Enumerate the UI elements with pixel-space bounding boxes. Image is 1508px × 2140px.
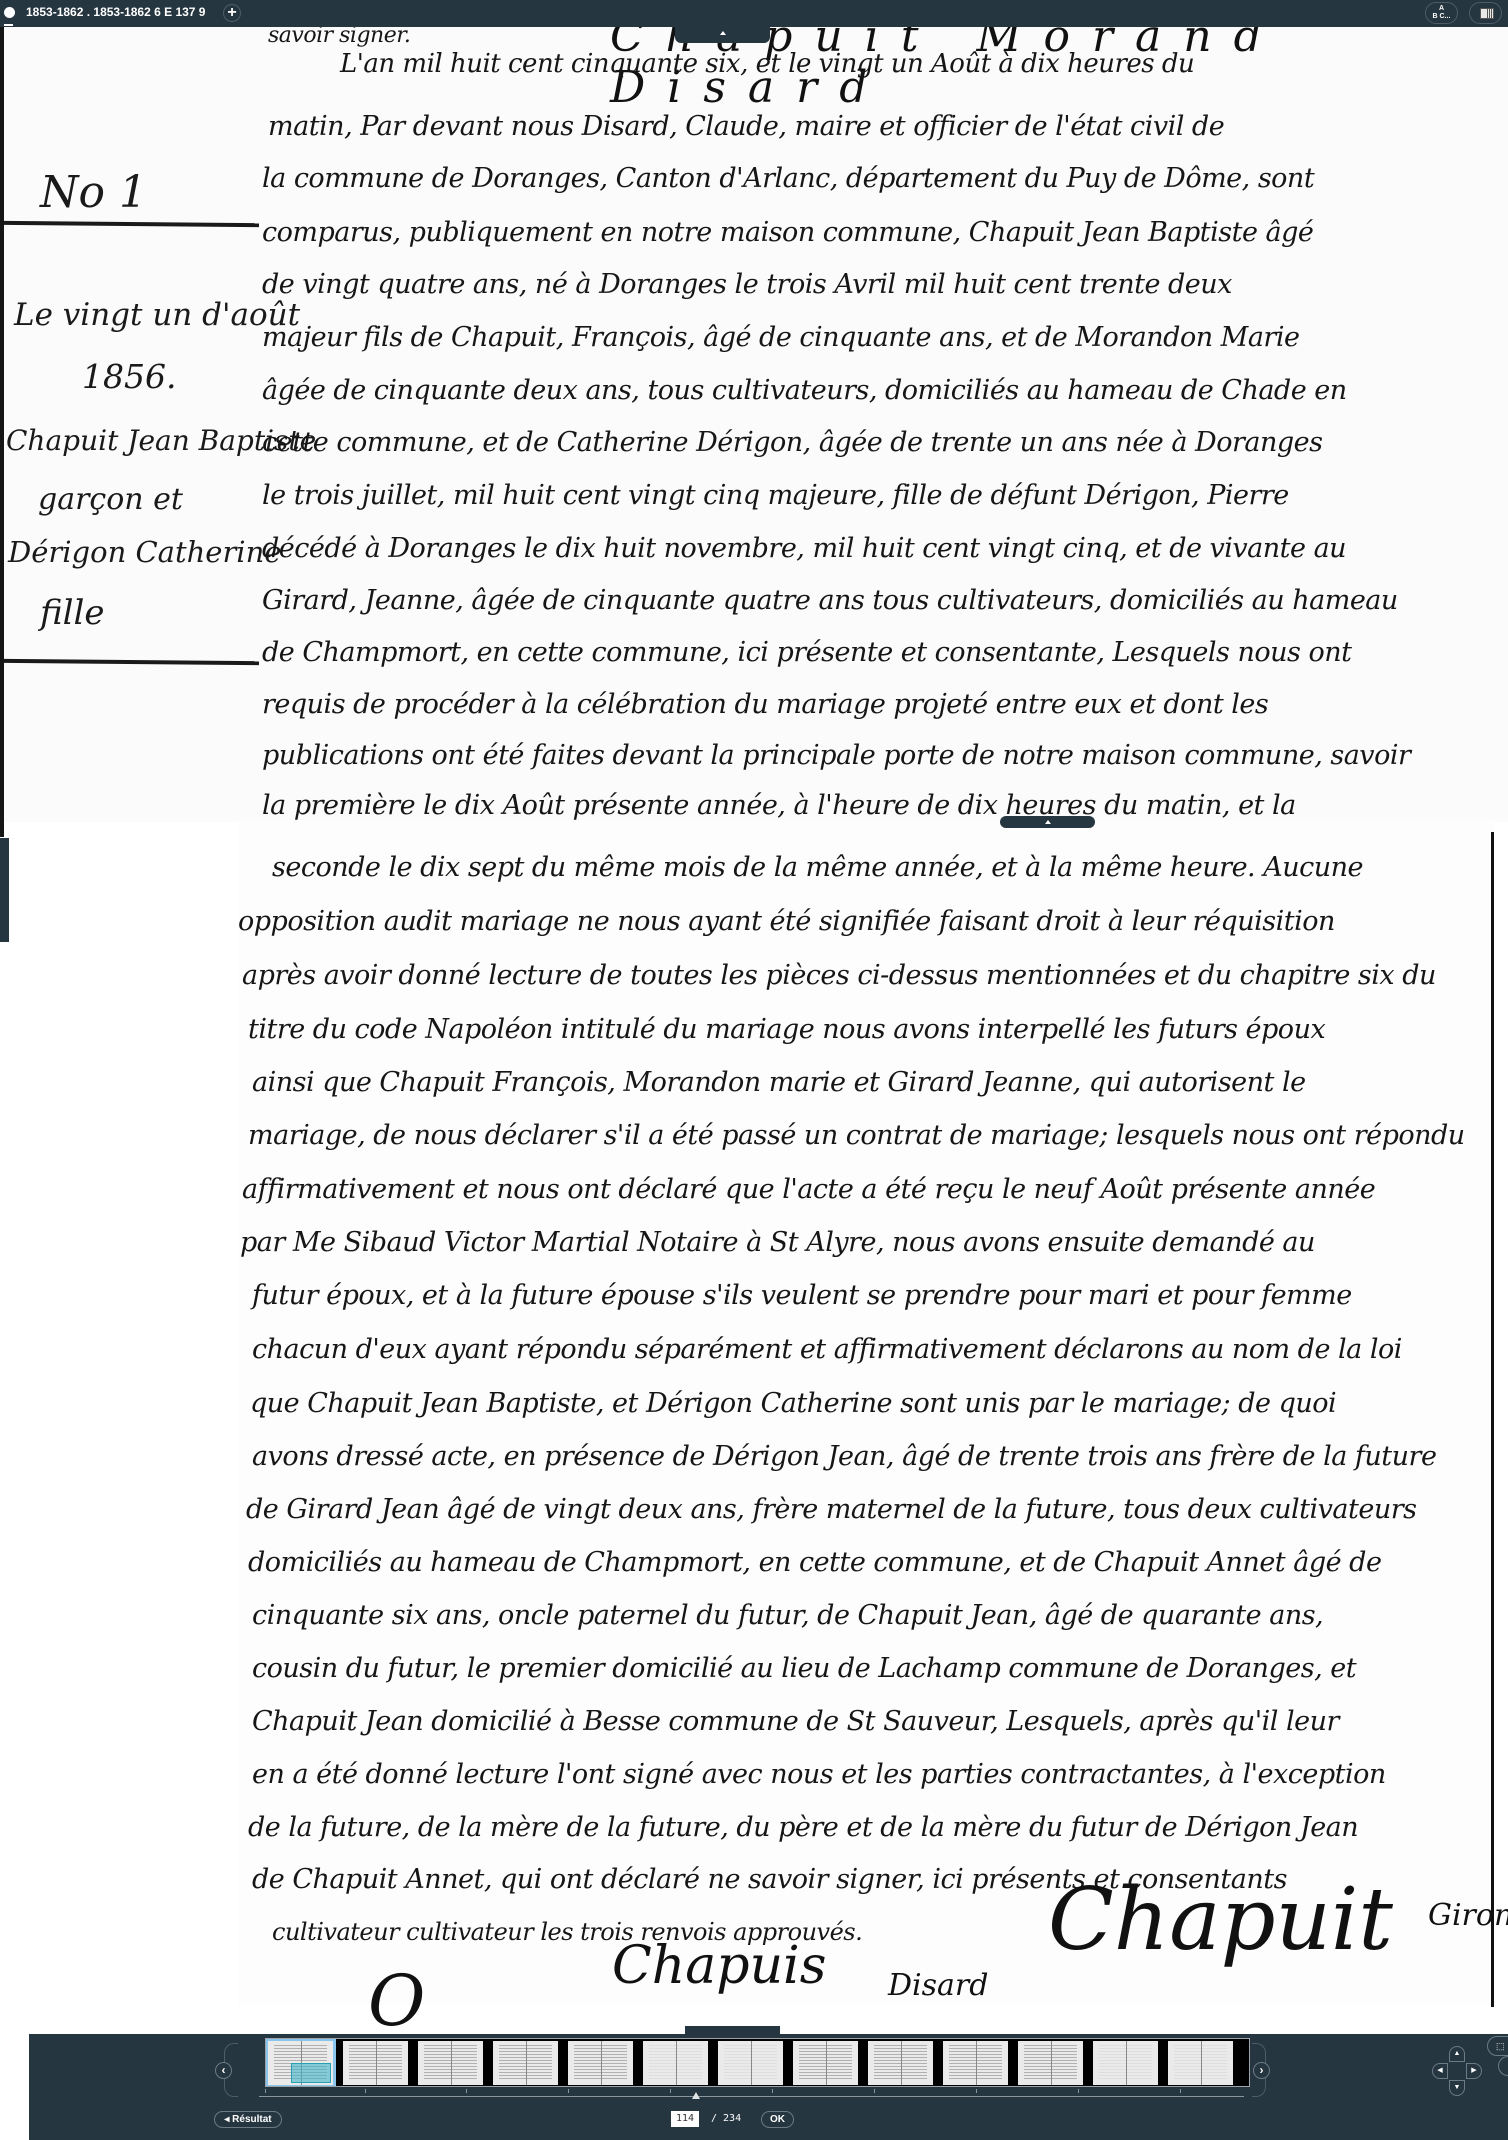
page-slider-thumb[interactable]	[692, 2092, 700, 2099]
thumbnail[interactable]	[793, 2041, 858, 2085]
signature: Chapuit	[1048, 1870, 1393, 1970]
text-mode-button[interactable]: A B C...	[1425, 2, 1458, 24]
thumbnail-strip[interactable]	[265, 2038, 1250, 2087]
add-tab-button[interactable]: +	[223, 4, 241, 22]
thumbnail[interactable]	[868, 2041, 933, 2085]
text-line: chacun d'eux ayant répondu séparément et…	[252, 1334, 1402, 1365]
text-line: par Me Sibaud Victor Martial Notaire à S…	[240, 1227, 1315, 1258]
thumbnail[interactable]	[1018, 2041, 1083, 2085]
filmstrip-collapse-handle[interactable]	[685, 2026, 780, 2034]
page-edge	[1491, 832, 1494, 2007]
text-line: en a été donné lecture l'ont signé avec …	[252, 1759, 1386, 1790]
margin-line: 1856.	[82, 357, 176, 396]
text-line: publications ont été faites devant la pr…	[262, 740, 1410, 771]
thumbnail[interactable]	[568, 2041, 633, 2085]
signature: Chapuis	[612, 1936, 826, 1996]
top-bar: 1853-1862 . 1853-1862 6 E 137 9 + A B C.…	[0, 0, 1508, 27]
text-line: de Girard Jean âgé de vingt deux ans, fr…	[246, 1494, 1417, 1525]
text-line: comparus, publiquement en notre maison c…	[262, 217, 1313, 248]
text-line: Girard, Jeanne, âgée de cinquante quatre…	[262, 585, 1398, 616]
thumbnail[interactable]	[343, 2041, 408, 2085]
viewport-indicator[interactable]	[291, 2063, 331, 2083]
text-line: seconde le dix sept du même mois de la m…	[272, 852, 1363, 883]
pan-left-button[interactable]: ◀	[1432, 2063, 1448, 2079]
text-line: Chapuit Jean domicilié à Besse commune d…	[252, 1706, 1339, 1737]
margin-line: garçon et	[38, 482, 183, 517]
document-page-lower: seconde le dix sept du même mois de la m…	[238, 820, 1494, 2005]
text-line: de vingt quatre ans, né à Doranges le tr…	[262, 269, 1232, 300]
text-line: titre du code Napoléon intitulé du maria…	[248, 1014, 1325, 1045]
text-line: opposition audit mariage ne nous ayant é…	[238, 906, 1335, 937]
text-line: cinquante six ans, oncle paternel du fut…	[252, 1600, 1323, 1631]
thumbnail[interactable]	[718, 2041, 783, 2085]
text-line: domiciliés au hameau de Champmort, en ce…	[248, 1547, 1381, 1578]
back-to-results-button[interactable]: ◂ Résultat	[214, 2111, 282, 2128]
thumbnail[interactable]	[1093, 2041, 1158, 2085]
text-line: la commune de Doranges, Canton d'Arlanc,…	[262, 163, 1314, 194]
arrow-right-icon: ▶	[1471, 2067, 1476, 2074]
text-line: de Champmort, en cette commune, ici prés…	[262, 637, 1351, 668]
chevron-right-icon: ›	[1260, 2063, 1264, 2077]
rotate-button[interactable]	[1498, 2056, 1508, 2076]
page-split-handle[interactable]	[1000, 816, 1095, 828]
text-line: requis de procéder à la célébration du m…	[262, 689, 1268, 720]
text-line: que Chapuit Jean Baptiste, et Dérigon Ca…	[250, 1388, 1336, 1419]
text-line: matin, Par devant nous Disard, Claude, m…	[268, 111, 1224, 142]
document-viewer[interactable]: savoir signer. Chapuit Morand Disard No …	[0, 27, 1508, 2034]
zoom-selection-icon: ⬚	[1496, 2041, 1505, 2051]
document-title: 1853-1862 . 1853-1862 6 E 137 9	[26, 5, 205, 19]
plus-icon: +	[227, 4, 236, 21]
text-line: majeur fils de Chapuit, François, âgé de…	[262, 322, 1299, 353]
panel-layout-icon	[1480, 8, 1494, 19]
chevron-left-icon: ‹	[222, 2063, 226, 2077]
collapse-toolbar-handle[interactable]	[675, 27, 770, 43]
margin-line: Le vingt un d'août	[14, 297, 300, 333]
pan-down-button[interactable]: ▼	[1449, 2080, 1465, 2096]
document-tab-indicator-icon[interactable]	[4, 7, 15, 18]
text-line: après avoir donné lecture de toutes les …	[242, 960, 1436, 991]
signature-initial: O	[368, 1960, 425, 2034]
active-tab-underline	[4, 24, 13, 26]
next-thumbnails-button[interactable]: ›	[1253, 2062, 1270, 2079]
text-line: cousin du futur, le premier domicilié au…	[252, 1653, 1356, 1684]
thumbnail[interactable]	[493, 2041, 558, 2085]
signature: Disard	[888, 1968, 988, 2003]
thumbnail[interactable]	[643, 2041, 708, 2085]
text-line: de la future, de la mère de la future, d…	[248, 1812, 1358, 1843]
text-line: avons dressé acte, en présence de Dérigo…	[252, 1441, 1436, 1472]
text-line: futur époux, et à la future épouse s'ils…	[252, 1280, 1352, 1311]
document-page-upper: savoir signer. Chapuit Morand Disard No …	[0, 27, 1508, 822]
margin-line: Dérigon Catherine	[8, 535, 281, 569]
thumbnail[interactable]	[1168, 2041, 1233, 2085]
header-fragment: savoir signer.	[268, 27, 410, 48]
pan-controls: ▲ ▼ ◀ ▶	[1432, 2046, 1482, 2096]
arrow-down-icon: ▼	[1454, 2084, 1461, 2091]
text-line: la première le dix Août présente année, …	[262, 790, 1296, 821]
go-to-page-button[interactable]: OK	[761, 2111, 794, 2128]
text-mode-icon-bottom: B C...	[1433, 13, 1451, 20]
text-line: affirmativement et nous ont déclaré que …	[242, 1174, 1375, 1205]
text-line: cette commune, et de Catherine Dérigon, …	[262, 427, 1322, 458]
margin-rule-top	[4, 221, 259, 227]
thumbnail-ticks	[265, 2089, 1250, 2095]
pan-right-button[interactable]: ▶	[1466, 2063, 1482, 2079]
text-mode-icon-top: A	[1439, 5, 1444, 12]
total-pages: / 234	[711, 2113, 741, 2124]
signature: Giron	[1428, 1898, 1508, 1933]
thumbnail[interactable]	[418, 2041, 483, 2085]
margin-line: fille	[40, 593, 105, 633]
act-number: No 1	[40, 167, 147, 218]
side-panel-toggle[interactable]	[0, 838, 9, 942]
thumbnail-page-114[interactable]	[268, 2041, 333, 2085]
thumbnail[interactable]	[943, 2041, 1008, 2085]
text-line: âgée de cinquante deux ans, tous cultiva…	[262, 375, 1347, 406]
text-line: décédé à Doranges le dix huit novembre, …	[262, 533, 1346, 564]
arrow-left-icon: ◀	[1437, 2067, 1442, 2074]
filmstrip-panel: ‹ › ◂ Résultat / 234 OK ▲ ▼ ◀ ▶ ⬚	[29, 2034, 1508, 2140]
layout-toggle-button[interactable]	[1469, 2, 1502, 24]
page-number-input[interactable]	[671, 2111, 699, 2127]
page-edge	[0, 27, 4, 837]
page-slider-track[interactable]	[259, 2096, 1244, 2097]
previous-thumbnails-button[interactable]: ‹	[215, 2062, 232, 2079]
arrow-up-icon: ▲	[1454, 2050, 1461, 2057]
margin-rule-bottom	[4, 659, 259, 665]
text-line: le trois juillet, mil huit cent vingt ci…	[262, 480, 1289, 511]
text-line: L'an mil huit cent cinquante six, et le …	[340, 49, 1194, 79]
text-line: mariage, de nous déclarer s'il a été pas…	[248, 1120, 1465, 1151]
pan-up-button[interactable]: ▲	[1449, 2046, 1465, 2062]
zoom-selection-button[interactable]: ⬚	[1487, 2036, 1508, 2056]
text-line: ainsi que Chapuit François, Morandon mar…	[252, 1067, 1306, 1098]
